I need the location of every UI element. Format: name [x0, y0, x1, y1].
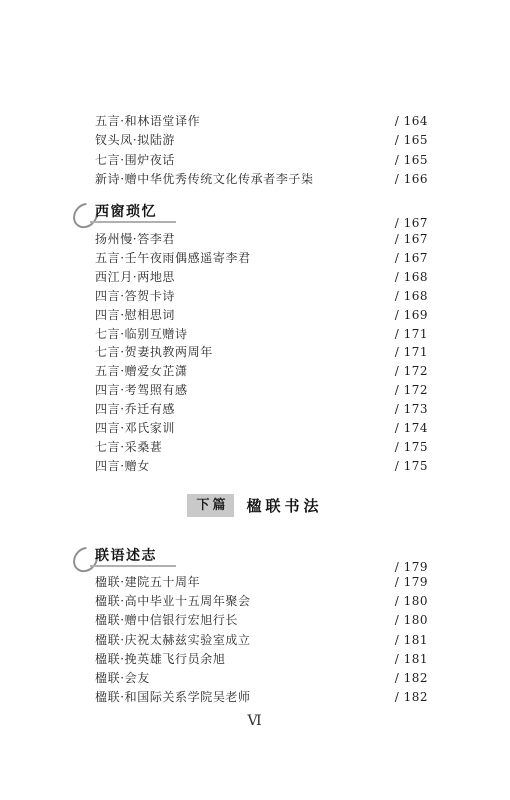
- toc-entry-page: / 169: [395, 306, 428, 325]
- toc-entry-page: / 167: [395, 230, 428, 249]
- toc-entry-page: / 180: [395, 592, 428, 611]
- toc-entry: 五言·和林语堂译作 / 164: [95, 112, 428, 131]
- section-underline: [90, 221, 176, 223]
- toc-entry-page: / 172: [395, 381, 428, 400]
- toc-entry-page: / 174: [395, 419, 428, 438]
- toc-entry-title: 七言·临别互赠诗: [95, 325, 188, 344]
- toc-entry-title: 五言·壬午夜雨偶感遥寄李君: [95, 249, 251, 268]
- toc-entry-page: / 167: [395, 249, 428, 268]
- toc-entry: 七言·采桑葚 / 175: [95, 438, 428, 457]
- toc-entry-title: 四言·慰相思词: [95, 306, 175, 325]
- toc-entry-title: 五言·赠爱女芷潇: [95, 362, 188, 381]
- section-page-number: / 179: [395, 560, 428, 574]
- toc-entry: 楹联·高中毕业十五周年聚会 / 180: [95, 592, 428, 611]
- toc-entry-page: / 168: [395, 287, 428, 306]
- toc-entry-title: 楹联·高中毕业十五周年聚会: [95, 592, 251, 611]
- part-banner: 下篇 楹联书法: [0, 494, 510, 517]
- toc-entry-title: 西江月·两地思: [95, 268, 175, 287]
- toc-entry-title: 五言·和林语堂译作: [95, 112, 200, 131]
- toc-entry-page: / 179: [395, 573, 428, 592]
- section-page-number: / 167: [395, 216, 428, 230]
- toc-entry: 四言·慰相思词 / 169: [95, 306, 428, 325]
- section-title: 联语述志: [95, 549, 157, 563]
- section-underline: [90, 565, 176, 567]
- toc-entry: 五言·壬午夜雨偶感遥寄李君 / 167: [95, 249, 428, 268]
- toc-entry: 钗头凤·拟陆游 / 165: [95, 131, 428, 150]
- toc-entry-page: / 166: [395, 170, 428, 189]
- toc-entry: 四言·赠女 / 175: [95, 457, 428, 476]
- section-header-lianyu: 联语述志: [74, 544, 254, 576]
- toc-entry: 西江月·两地思 / 168: [95, 268, 428, 287]
- toc-entry-page: / 182: [395, 669, 428, 688]
- toc-entry-page: / 171: [395, 325, 428, 344]
- toc-entry: 楹联·建院五十周年 / 179: [95, 573, 428, 592]
- toc-entry: 楹联·挽英雄飞行员余旭 / 181: [95, 650, 428, 669]
- toc-entry-page: / 171: [395, 343, 428, 362]
- toc-entry-page: / 172: [395, 362, 428, 381]
- toc-entry: 楹联·赠中信银行宏旭行长 / 180: [95, 611, 428, 630]
- toc-entry-title: 钗头凤·拟陆游: [95, 131, 175, 150]
- section-title: 西窗琐忆: [95, 205, 157, 219]
- toc-entry-title: 四言·考驾照有感: [95, 381, 188, 400]
- toc-entry: 七言·贺妻执教两周年 / 171: [95, 343, 428, 362]
- part-title: 楹联书法: [247, 495, 323, 516]
- toc-entry-page: / 168: [395, 268, 428, 287]
- toc-entry-title: 四言·邓氏家训: [95, 419, 175, 438]
- toc-entry-title: 七言·围炉夜话: [95, 151, 175, 170]
- toc-entry: 楹联·会友 / 182: [95, 669, 428, 688]
- toc-list-lianyu: 楹联·建院五十周年 / 179 楹联·高中毕业十五周年聚会 / 180 楹联·赠…: [95, 573, 428, 707]
- toc-entry-page: / 173: [395, 400, 428, 419]
- footer-page-number: Ⅵ: [0, 713, 510, 729]
- toc-entry-title: 楹联·和国际关系学院吴老师: [95, 688, 251, 707]
- toc-entry: 四言·考驾照有感 / 172: [95, 381, 428, 400]
- toc-entry-page: / 165: [395, 151, 428, 170]
- toc-entry-page: / 175: [395, 438, 428, 457]
- toc-entry: 七言·临别互赠诗 / 171: [95, 325, 428, 344]
- toc-entry-title: 楹联·赠中信银行宏旭行长: [95, 611, 238, 630]
- toc-entry-page: / 180: [395, 611, 428, 630]
- toc-entry-title: 四言·赠女: [95, 457, 150, 476]
- toc-entry-page: / 181: [395, 631, 428, 650]
- toc-entry-title: 七言·贺妻执教两周年: [95, 343, 213, 362]
- toc-list-xichuang: 扬州慢·答李君 / 167 五言·壬午夜雨偶感遥寄李君 / 167 西江月·两地…: [95, 230, 428, 476]
- toc-entry-page: / 165: [395, 131, 428, 150]
- toc-entry-page: / 181: [395, 650, 428, 669]
- toc-entry-title: 楹联·会友: [95, 669, 150, 688]
- toc-entry: 四言·邓氏家训 / 174: [95, 419, 428, 438]
- toc-entry: 楹联·和国际关系学院吴老师 / 182: [95, 688, 428, 707]
- toc-entry: 扬州慢·答李君 / 167: [95, 230, 428, 249]
- section-header-xichuang: 西窗琐忆: [74, 200, 254, 232]
- toc-entry-title: 扬州慢·答李君: [95, 230, 175, 249]
- toc-entry-title: 四言·乔迁有感: [95, 400, 175, 419]
- toc-entry-page: / 175: [395, 457, 428, 476]
- toc-entry: 四言·乔迁有感 / 173: [95, 400, 428, 419]
- toc-entry-page: / 182: [395, 688, 428, 707]
- toc-entry: 七言·围炉夜话 / 165: [95, 151, 428, 170]
- toc-entry-page: / 164: [395, 112, 428, 131]
- toc-entry: 新诗·赠中华优秀传统文化传承者李子柒 / 166: [95, 170, 428, 189]
- toc-entry: 四言·答贺卡诗 / 168: [95, 287, 428, 306]
- toc-entry-title: 新诗·赠中华优秀传统文化传承者李子柒: [95, 170, 314, 189]
- toc-entry-title: 四言·答贺卡诗: [95, 287, 175, 306]
- toc-entry-title: 楹联·建院五十周年: [95, 573, 200, 592]
- toc-entry: 五言·赠爱女芷潇 / 172: [95, 362, 428, 381]
- toc-entry-title: 楹联·庆祝太赫兹实验室成立: [95, 631, 251, 650]
- toc-entry: 楹联·庆祝太赫兹实验室成立 / 181: [95, 631, 428, 650]
- toc-list-continued: 五言·和林语堂译作 / 164 钗头凤·拟陆游 / 165 七言·围炉夜话 / …: [95, 112, 428, 189]
- part-label-box: 下篇: [187, 494, 233, 517]
- toc-entry-title: 楹联·挽英雄飞行员余旭: [95, 650, 225, 669]
- toc-entry-title: 七言·采桑葚: [95, 438, 162, 457]
